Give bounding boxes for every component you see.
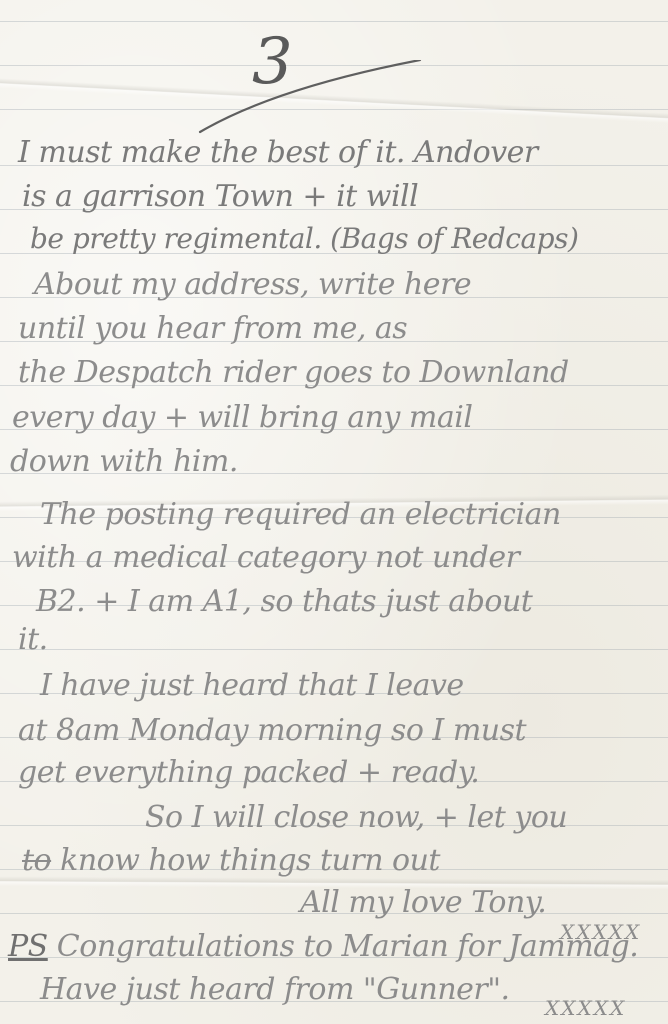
postscript-line: Have just heard from "Gunner". xyxy=(40,975,510,1005)
letter-line: get everything packed + ready. xyxy=(18,758,479,788)
letter-line-with-strike: to know how things turn out xyxy=(22,846,440,876)
kisses-lower: XXXXX xyxy=(545,998,626,1018)
letter-line: it. xyxy=(18,625,48,655)
letter-line: B2. + I am A1, so thats just about xyxy=(36,587,532,617)
letter-line: be pretty regimental. (Bags of Redcaps) xyxy=(30,225,578,253)
postscript-text: Congratulations to Marian for Jammag. xyxy=(57,929,639,964)
postscript-label: PS xyxy=(8,929,48,964)
postscript-line: PS Congratulations to Marian for Jammag. xyxy=(8,932,638,962)
letter-page: 3 I must make the best of it. Andover is… xyxy=(0,0,668,1024)
letter-line: every day + will bring any mail xyxy=(12,403,472,433)
signature: All my love Tony. xyxy=(300,888,546,918)
letter-line: down with him. xyxy=(10,447,238,477)
letter-line: About my address, write here xyxy=(34,270,471,300)
letter-line: I must make the best of it. Andover xyxy=(18,138,538,168)
letter-line: with a medical category not under xyxy=(12,543,519,573)
letter-line: is a garrison Town + it will xyxy=(22,182,418,212)
letter-line: The posting required an electrician xyxy=(40,500,561,530)
letter-line: I have just heard that I leave xyxy=(40,671,464,701)
letter-line: the Despatch rider goes to Downland xyxy=(18,358,569,388)
letter-line: until you hear from me, as xyxy=(18,314,407,344)
struck-word: to xyxy=(22,843,51,878)
letter-line: So I will close now, + let you xyxy=(145,803,567,833)
letter-line-text: know how things turn out xyxy=(60,843,440,878)
letter-line: at 8am Monday morning so I must xyxy=(18,716,526,746)
page-number-flourish xyxy=(195,60,435,140)
